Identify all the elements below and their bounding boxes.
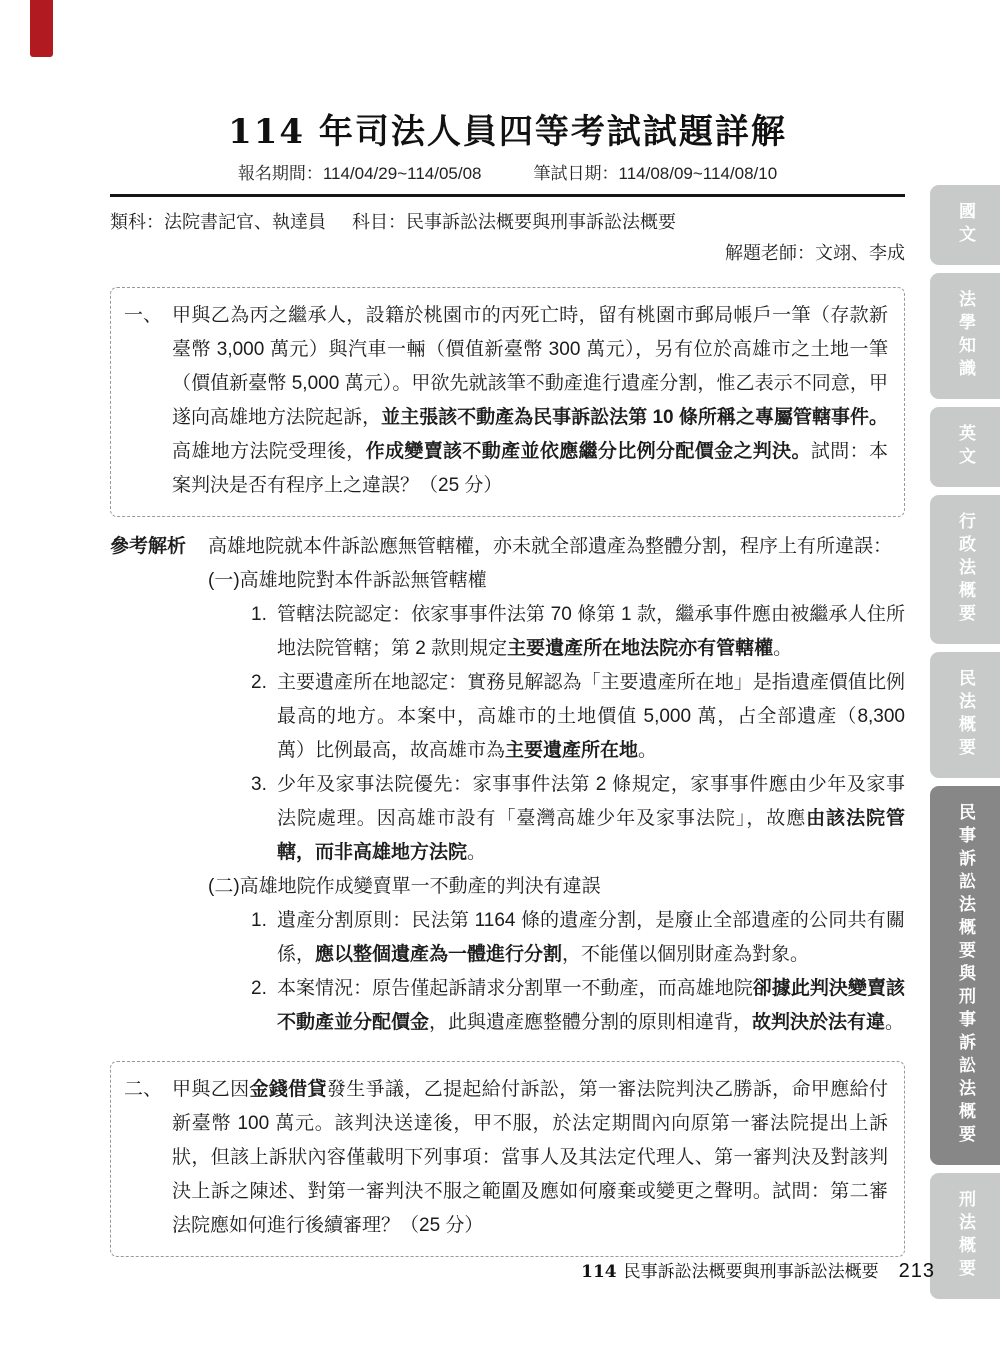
text-segment: 。 <box>467 842 486 863</box>
text-segment: 發生爭議，乙提起給付訴訟，第一審法院判決乙勝訴，命甲應給付新臺幣 100 萬元。… <box>172 1079 888 1236</box>
text-segment: 本案情況：原告僅起訴請求分割單一不動產，而高雄地院 <box>277 978 753 999</box>
question-1-box: 一、 甲與乙為丙之繼承人，設籍於桃園市的丙死亡時，留有桃園市郵局帳戶一筆（存款新… <box>110 287 905 517</box>
footer-subject: 民事訴訟法概要與刑事訴訟法概要 <box>624 1257 879 1282</box>
text-segment: 。 <box>885 1012 904 1033</box>
analysis-item-number: 3. <box>251 768 277 870</box>
category-label: 類科：法院書記官、執達員 <box>110 210 326 235</box>
sidebar-tab-7: 刑法概要 <box>930 1173 1000 1299</box>
analysis-blocks: (一)高雄地院對本件訴訟無管轄權1.管轄法院認定：依家事事件法第 70 條第 1… <box>208 564 905 1040</box>
analysis-item: 2.主要遺產所在地認定：實務見解認為「主要遺產所在地」是指遺產價值比例最高的地方… <box>251 666 905 768</box>
analysis-content: 高雄地院就本件訴訟應無管轄權，亦未就全部遺產為整體分割，程序上有所違誤： (一)… <box>208 530 905 1040</box>
analysis-section-heading: (一)高雄地院對本件訴訟無管轄權 <box>208 564 905 598</box>
sidebar-tab-5: 民法概要 <box>930 652 1000 778</box>
subject-label: 科目：民事訴訟法概要與刑事訴訟法概要 <box>352 210 676 235</box>
analysis-item: 2.本案情況：原告僅起訴請求分割單一不動產，而高雄地院卻據此判決變賣該不動產並分… <box>251 972 905 1040</box>
analysis-item: 3.少年及家事法院優先：家事事件法第 2 條規定，家事事件應由少年及家事法院處理… <box>251 768 905 870</box>
category-subject-row: 類科：法院書記官、執達員 科目：民事訴訟法概要與刑事訴訟法概要 <box>110 210 905 235</box>
analysis-item-number: 1. <box>251 598 277 666</box>
analysis-section-heading: (二)高雄地院作成變賣單一不動產的判決有違誤 <box>208 870 905 904</box>
analysis-item: 1.管轄法院認定：依家事事件法第 70 條第 1 款，繼承事件應由被繼承人住所地… <box>251 598 905 666</box>
question-number: 二、 <box>124 1073 172 1243</box>
text-segment: 。 <box>773 638 792 659</box>
sidebar-tab-label: 民法概要 <box>930 669 1000 761</box>
question-text: 甲與乙因金錢借貸發生爭議，乙提起給付訴訟，第一審法院判決乙勝訴，命甲應給付新臺幣… <box>172 1073 888 1243</box>
registration-period: 報名期間：114/04/29~114/05/08 <box>238 162 482 186</box>
text-segment: 作成變賣該不動產並依應繼分比例分配價金之判決。 <box>366 441 811 462</box>
text-segment: 金錢借貸 <box>249 1079 326 1100</box>
analysis-item-text: 遺產分割原則：民法第 1164 條的遺產分割，是廢止全部遺產的公同共有關係，應以… <box>277 904 905 972</box>
sidebar-tab-label: 國文 <box>930 202 1000 248</box>
footer-year: 114 <box>581 1262 617 1282</box>
analysis-label: 參考解析 <box>110 530 208 1040</box>
text-segment: 主要遺產所在地法院亦有管轄權 <box>507 638 773 659</box>
sidebar-tab-6: 民事訴訟法概要與刑事訴訟法概要 <box>930 786 1000 1165</box>
sidebar-tab-label: 法學知識 <box>930 290 1000 382</box>
exam-dates-row: 報名期間：114/04/29~114/05/08 筆試日期：114/08/09~… <box>110 162 905 186</box>
question-number: 一、 <box>124 299 172 503</box>
sidebar-tab-1: 國文 <box>930 185 1000 265</box>
text-segment: 高雄地方法院受理後， <box>172 441 366 462</box>
footer-page-number: 213 <box>899 1260 935 1283</box>
question-2-box: 二、 甲與乙因金錢借貸發生爭議，乙提起給付訴訟，第一審法院判決乙勝訴，命甲應給付… <box>110 1061 905 1257</box>
book-page: 114 年司法人員四等考試試題詳解 報名期間：114/04/29~114/05/… <box>0 0 1000 1353</box>
sidebar-tab-2: 法學知識 <box>930 273 1000 399</box>
analysis-item-number: 2. <box>251 666 277 768</box>
main-column: 114 年司法人員四等考試試題詳解 報名期間：114/04/29~114/05/… <box>110 0 905 1257</box>
question-text: 甲與乙為丙之繼承人，設籍於桃園市的丙死亡時，留有桃園市郵局帳戶一筆（存款新臺幣 … <box>172 299 888 503</box>
text-segment: 並主張該不動產為民事訴訟法第 10 條所稱之專屬管轄事件。 <box>381 407 888 428</box>
analysis-item-text: 本案情況：原告僅起訴請求分割單一不動產，而高雄地院卻據此判決變賣該不動產並分配價… <box>277 972 905 1040</box>
text-segment: ，不能僅以個別財產為對象。 <box>562 944 809 965</box>
analysis-item-text: 少年及家事法院優先：家事事件法第 2 條規定，家事事件應由少年及家事法院處理。因… <box>277 768 905 870</box>
sidebar-tab-label: 行政法概要 <box>930 512 1000 627</box>
sidebar-tab-3: 英文 <box>930 407 1000 487</box>
red-corner-mark <box>30 0 53 57</box>
text-segment: 故判決於法有違 <box>752 1012 885 1033</box>
page-title: 114 年司法人員四等考試試題詳解 <box>110 110 905 154</box>
analysis-item-number: 2. <box>251 972 277 1040</box>
analysis-item: 1.遺產分割原則：民法第 1164 條的遺產分割，是廢止全部遺產的公同共有關係，… <box>251 904 905 972</box>
analysis-item-text: 管轄法院認定：依家事事件法第 70 條第 1 款，繼承事件應由被繼承人住所地法院… <box>277 598 905 666</box>
analysis-section: 參考解析 高雄地院就本件訴訟應無管轄權，亦未就全部遺產為整體分割，程序上有所違誤… <box>110 530 905 1040</box>
text-segment: 甲與乙因 <box>172 1079 249 1100</box>
solution-teacher: 解題老師：文翊、李成 <box>110 241 905 266</box>
chapter-tab-sidebar: 國文法學知識英文行政法概要民法概要民事訴訟法概要與刑事訴訟法概要刑法概要 <box>930 185 1000 1299</box>
written-exam-date: 筆試日期：114/08/09~114/08/10 <box>534 162 778 186</box>
text-segment: 主要遺產所在地 <box>505 740 638 761</box>
header-divider <box>110 194 905 197</box>
page-footer: 114 民事訴訟法概要與刑事訴訟法概要 213 <box>581 1257 935 1283</box>
sidebar-tab-label: 英文 <box>930 424 1000 470</box>
analysis-intro: 高雄地院就本件訴訟應無管轄權，亦未就全部遺產為整體分割，程序上有所違誤： <box>208 530 905 564</box>
text-segment: 。 <box>638 740 657 761</box>
text-segment: ，此與遺產應整體分割的原則相違背， <box>429 1012 752 1033</box>
sidebar-tab-4: 行政法概要 <box>930 495 1000 644</box>
analysis-item-number: 1. <box>251 904 277 972</box>
text-segment: 應以整個遺產為一體進行分割 <box>315 944 562 965</box>
analysis-item-text: 主要遺產所在地認定：實務見解認為「主要遺產所在地」是指遺產價值比例最高的地方。本… <box>277 666 905 768</box>
sidebar-tab-label: 刑法概要 <box>930 1190 1000 1282</box>
sidebar-tab-label: 民事訴訟法概要與刑事訴訟法概要 <box>930 803 1000 1148</box>
